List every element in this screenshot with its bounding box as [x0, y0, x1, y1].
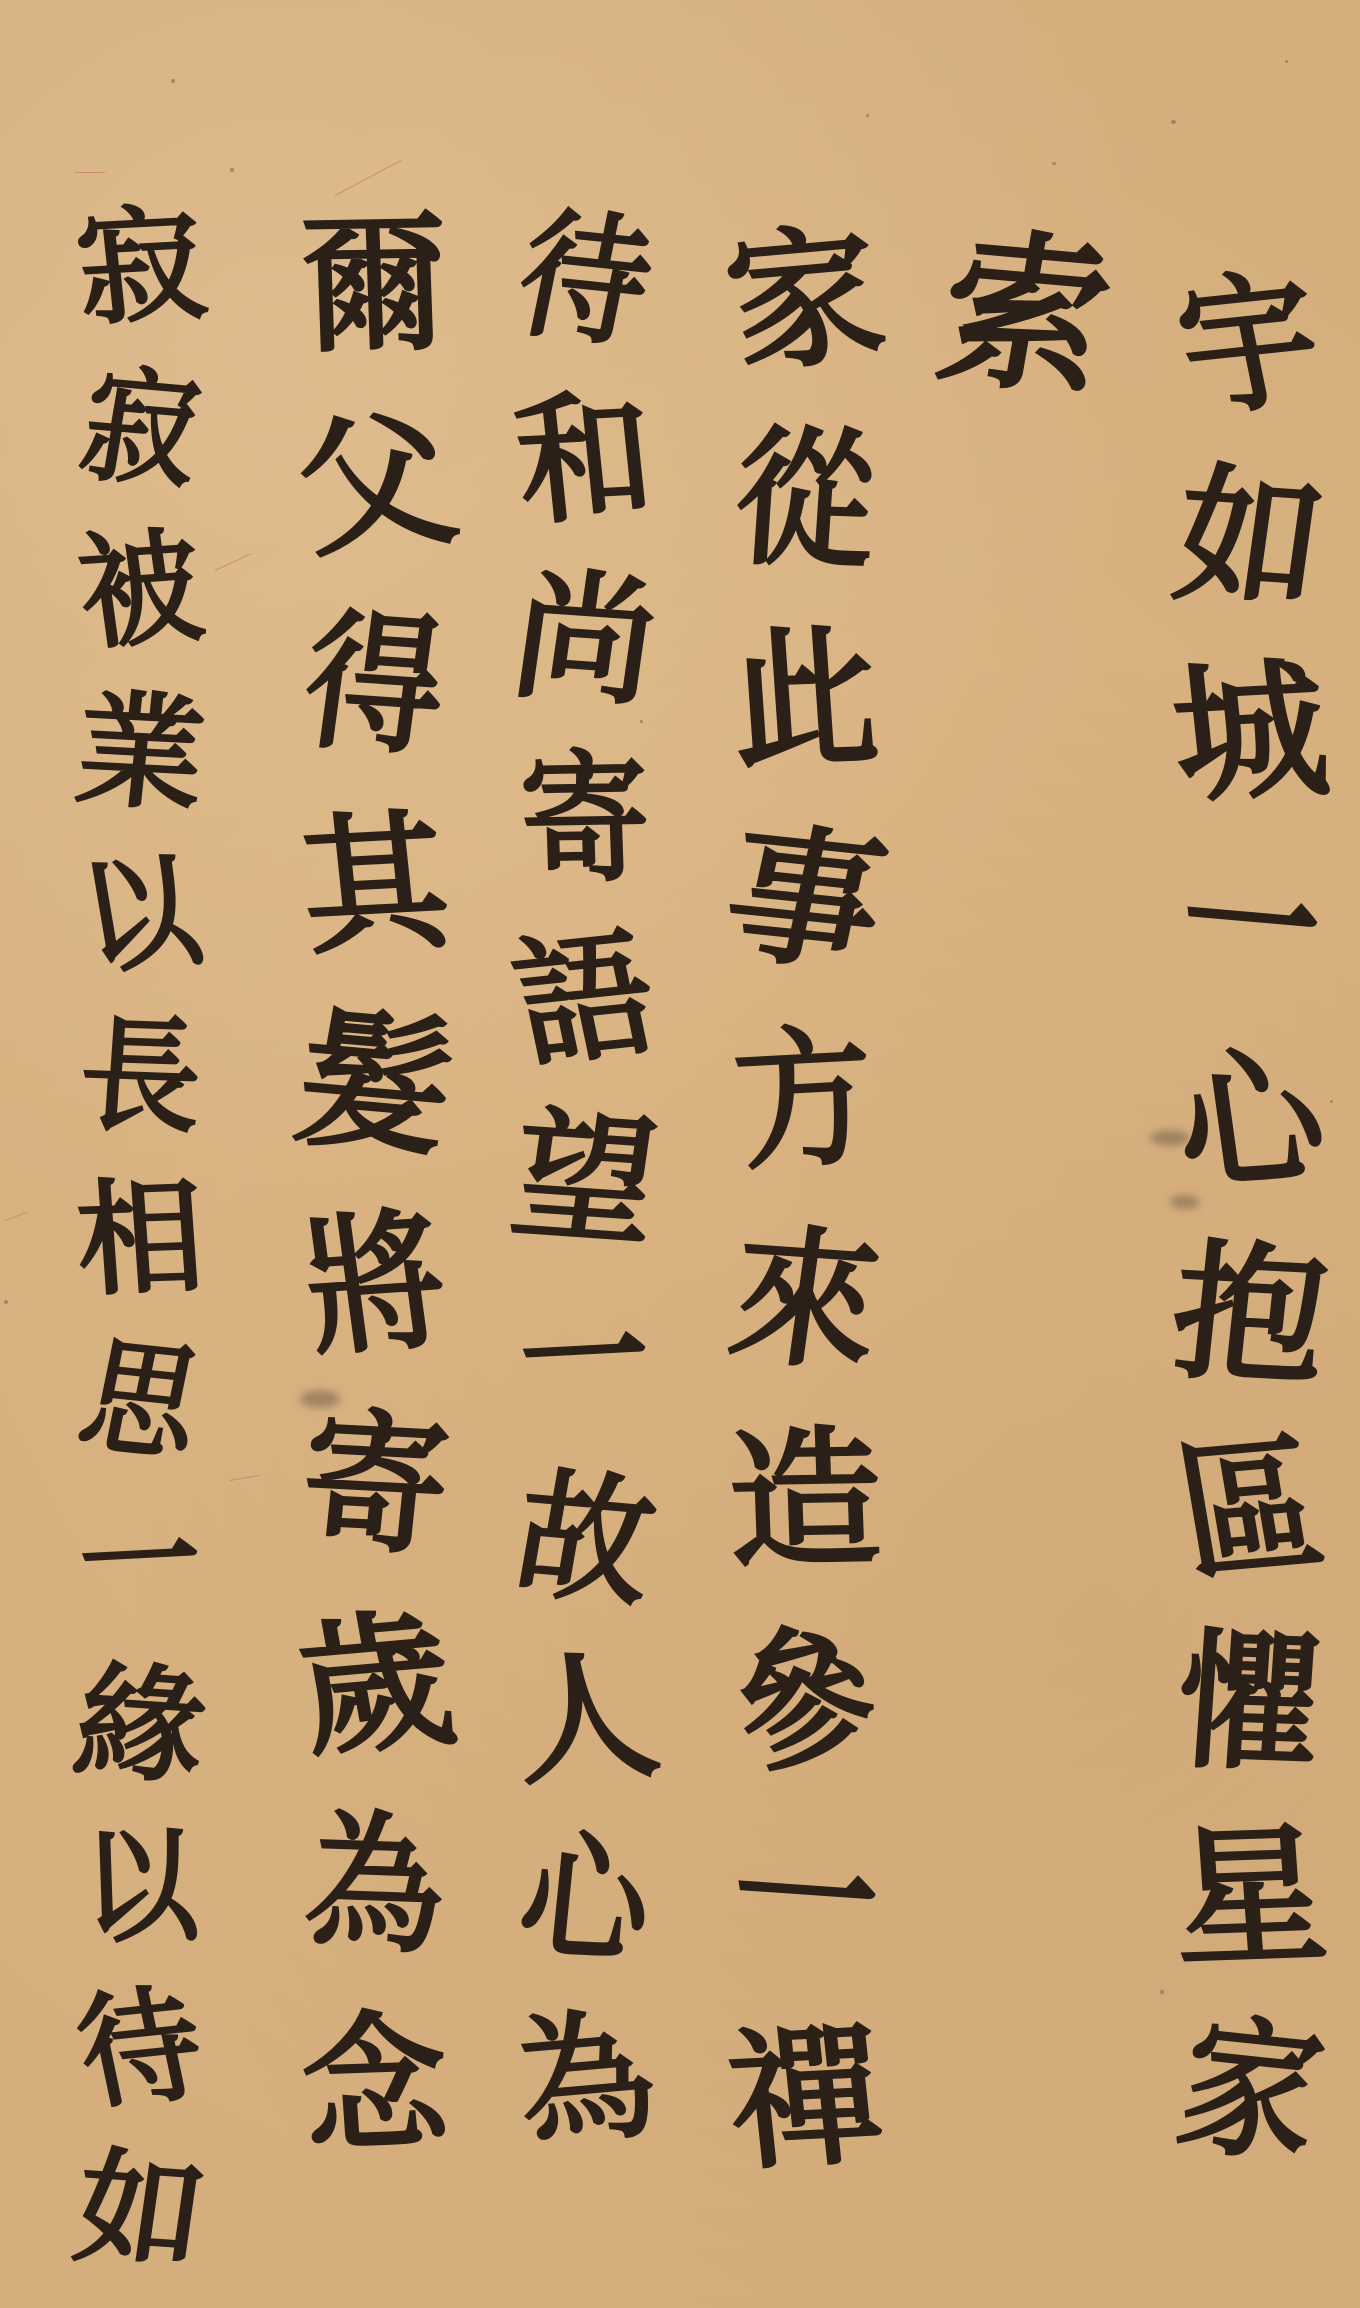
calligraphy-character: 尚: [504, 566, 666, 715]
calligraphy-character: 歲: [286, 1604, 465, 1766]
calligraphy-character: 其: [295, 806, 456, 963]
calligraphy-character: 望: [504, 1106, 666, 1255]
calligraphy-character: 念: [297, 2008, 453, 2163]
calligraphy-character: 以: [72, 849, 207, 983]
calligraphy-character: 將: [296, 1206, 454, 1365]
calligraphy-column-2: 索: [935, 230, 1115, 400]
calligraphy-column-5: 爾父得其髮將寄歲為念: [275, 210, 475, 2210]
calligraphy-character: 思: [70, 1334, 209, 1469]
calligraphy-character: 參: [721, 1619, 888, 1781]
paper-speck: [866, 114, 869, 117]
calligraphy-column-4: 待和尚寄語望一故人心為: [485, 210, 685, 2190]
calligraphy-character: 爾: [300, 209, 451, 361]
calligraphy-character: 父: [283, 403, 467, 566]
calligraphy-character: 一: [514, 1287, 657, 1433]
calligraphy-character: 懼: [1172, 1626, 1328, 1781]
calligraphy-character: 一: [73, 1498, 207, 1629]
calligraphy-character: 長: [75, 1013, 205, 1142]
calligraphy-character: 如: [68, 2145, 213, 2278]
calligraphy-character: 如: [1167, 459, 1333, 618]
calligraphy-character: 寄: [295, 1406, 456, 1563]
calligraphy-character: 寂: [72, 363, 207, 497]
calligraphy-character: 造: [726, 1424, 884, 1577]
calligraphy-character: 人: [504, 1646, 666, 1795]
calligraphy-character: 心: [1167, 1041, 1333, 1200]
calligraphy-character: 業: [70, 688, 211, 819]
calligraphy-character: 緣: [68, 1659, 213, 1792]
paper-speck: [171, 79, 175, 83]
calligraphy-character: 寄: [518, 749, 651, 891]
calligraphy-character: 為: [301, 1808, 449, 1963]
calligraphy-character: 從: [731, 423, 879, 578]
calligraphy-character: 此: [727, 623, 883, 778]
calligraphy-character: 待: [67, 1982, 213, 2118]
calligraphy-character: 一: [722, 1820, 888, 1979]
calligraphy-character: 以: [80, 1824, 199, 1951]
calligraphy-character: 待: [507, 204, 663, 355]
calligraphy-character: 索: [928, 224, 1121, 406]
calligraphy-character: 心: [514, 1827, 657, 1973]
calligraphy-character: 方: [729, 1022, 882, 1179]
calligraphy-character: 來: [722, 1220, 888, 1379]
calligraphy-character: 抱: [1166, 1236, 1335, 1393]
calligraphy-character: 髮: [286, 1004, 465, 1166]
paper-fiber: [75, 172, 105, 173]
paper-speck: [1052, 162, 1056, 165]
calligraphy-character: 事: [713, 818, 897, 981]
paper-speck: [1171, 120, 1176, 124]
paper-speck: [4, 1300, 8, 1304]
calligraphy-column-1: 宇如城一心抱區懼星家: [1160, 270, 1340, 2210]
calligraphy-character: 寂: [70, 202, 211, 333]
calligraphy-column-3: 家從此事方來造參一禪: [705, 225, 905, 2225]
calligraphy-character: 故: [505, 1465, 664, 1615]
calligraphy-character: 和: [510, 387, 660, 534]
calligraphy-character: 家: [716, 219, 895, 381]
paper-speck: [230, 168, 234, 172]
paper-speck: [1285, 60, 1288, 63]
calligraphy-character: 一: [1169, 847, 1332, 1007]
calligraphy-character: 為: [505, 2005, 664, 2155]
calligraphy-character: 宇: [1166, 264, 1333, 426]
calligraphy-character: 城: [1166, 654, 1335, 811]
calligraphy-character: 禪: [721, 2021, 890, 2178]
calligraphy-character: 得: [296, 606, 454, 765]
calligraphy-character: 家: [1166, 2010, 1333, 2172]
calligraphy-character: 相: [72, 1175, 208, 1304]
calligraphy-character: 星: [1168, 1819, 1331, 1974]
calligraphy-character: 區: [1169, 1429, 1332, 1589]
calligraphy-column-6: 寂寂被業以長相思一緣以待如: [25, 205, 255, 2308]
calligraphy-character: 語: [503, 924, 667, 1076]
calligraphy-character: 被: [71, 525, 209, 658]
